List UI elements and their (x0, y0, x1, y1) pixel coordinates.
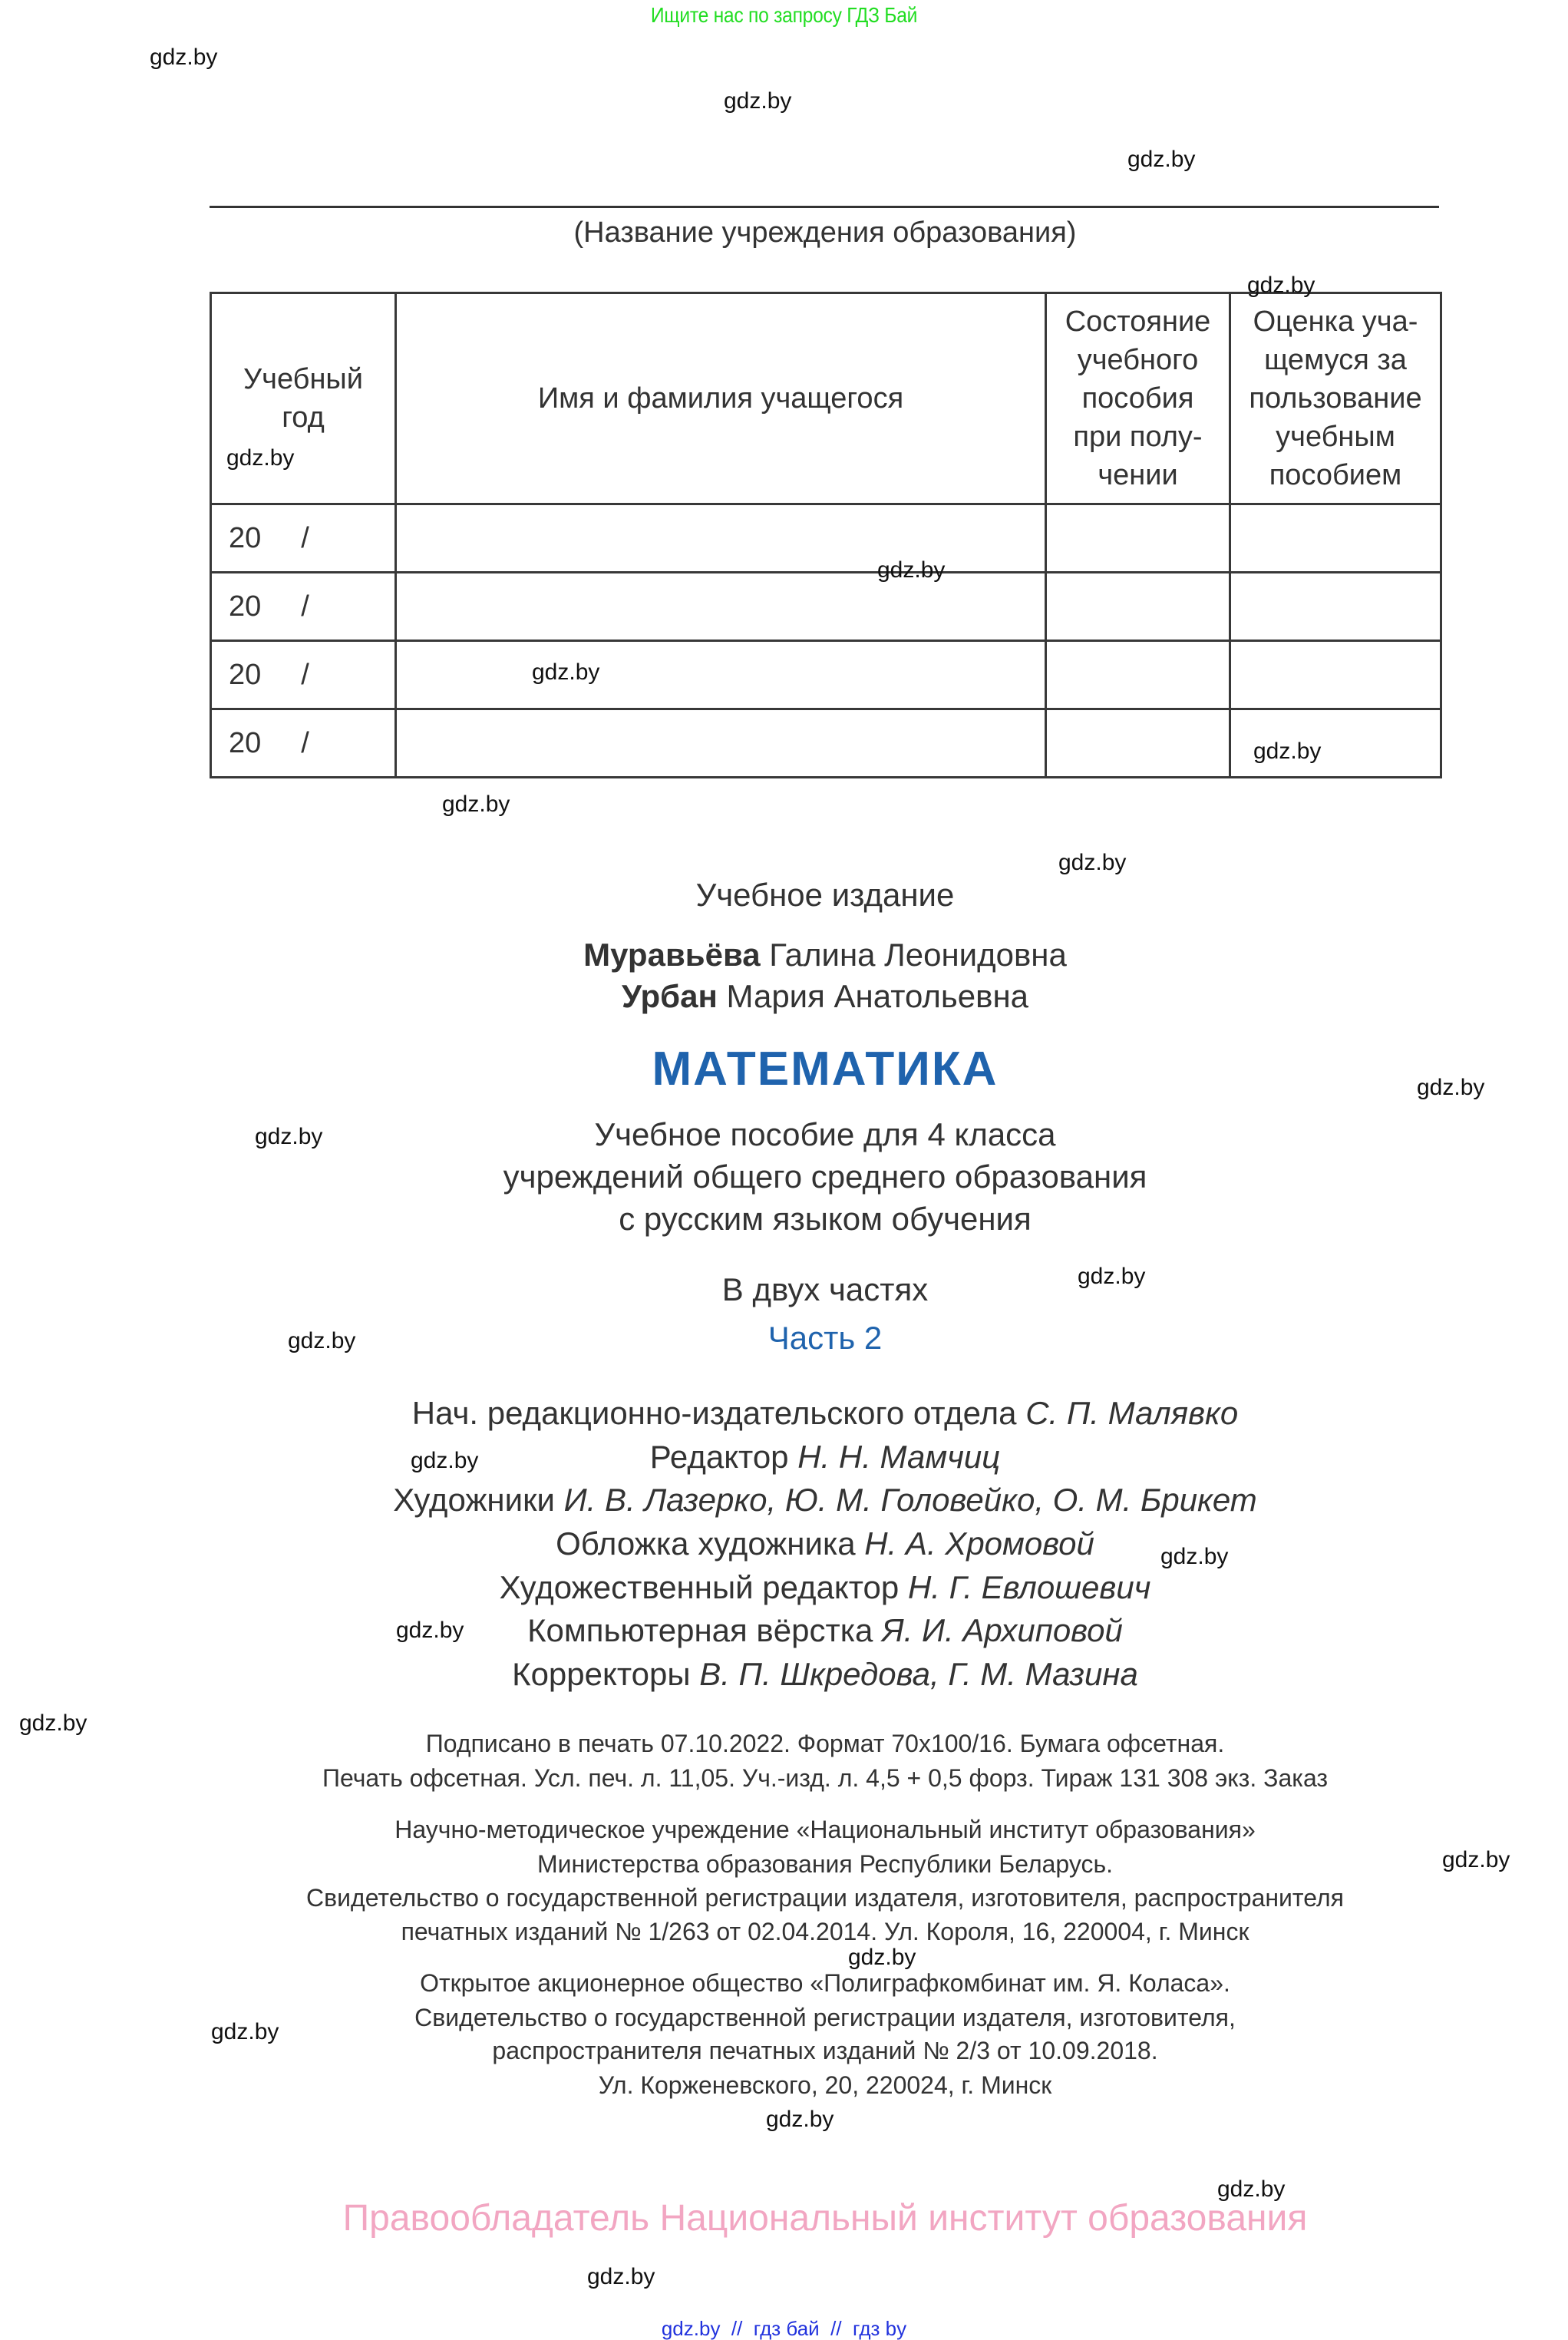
cell-student-name[interactable] (396, 504, 1046, 573)
header-grade: Оценка уча- щемуся за пользование учебны… (1230, 293, 1441, 504)
watermark: gdz.by (724, 88, 791, 114)
subtitle-line-3: с русским языком обучения (211, 1201, 1439, 1238)
staff-line: Художники И. В. Лазерко, Ю. М. Головейко… (211, 1482, 1439, 1519)
printer-line-3: распространителя печатных изданий № 2/3 … (211, 2037, 1439, 2065)
printer-line-4: Ул. Корженевского, 20, 220024, г. Минск (211, 2071, 1439, 2100)
header-school-year: Учебный год (211, 293, 396, 504)
institution-caption: (Название учреждения образования) (211, 216, 1439, 250)
subtitle-line-2: учреждений общего среднего образования (211, 1158, 1439, 1195)
cell-condition[interactable] (1046, 573, 1230, 641)
watermark: gdz.by (877, 557, 945, 583)
watermark: gdz.by (766, 2107, 834, 2133)
watermark: gdz.by (255, 1124, 322, 1150)
watermark: gdz.by (19, 1710, 87, 1737)
cell-grade[interactable] (1230, 641, 1441, 709)
publisher-line-3: Свидетельство о государственной регистра… (211, 1884, 1439, 1912)
printer-line-1: Открытое акционерное общество «Полиграфк… (211, 1969, 1439, 1998)
imprint-line-2: Печать офсетная. Усл. печ. л. 11,05. Уч.… (211, 1764, 1439, 1793)
table-header-row: Учебный год Имя и фамилия учащегося Сост… (211, 293, 1441, 504)
watermark: gdz.by (396, 1618, 464, 1644)
cell-grade[interactable] (1230, 573, 1441, 641)
parts-note: В двух частях (211, 1271, 1439, 1308)
watermark: gdz.by (587, 2264, 655, 2290)
edition-type: Учебное издание (211, 877, 1439, 914)
watermark: gdz.by (411, 1448, 478, 1474)
cell-condition[interactable] (1046, 504, 1230, 573)
rights-holder: Правообладатель Национальный институт об… (211, 2197, 1439, 2239)
staff-line: Корректоры В. П. Шкредова, Г. М. Мазина (211, 1656, 1439, 1693)
author-2: Урбан Мария Анатольевна (211, 978, 1439, 1015)
printer-line-2: Свидетельство о государственной регистра… (211, 2004, 1439, 2032)
staff-line: Нач. редакционно-издательского отдела С.… (211, 1395, 1439, 1432)
part-number: Часть 2 (211, 1320, 1439, 1357)
watermark: gdz.by (1247, 273, 1315, 299)
table-row: 20/ (211, 504, 1441, 573)
cell-school-year[interactable]: 20/ (211, 504, 396, 573)
publisher-line-4: печатных изданий № 1/263 от 02.04.2014. … (211, 1918, 1439, 1946)
staff-line: Обложка художника Н. А. Хромовой (211, 1525, 1439, 1562)
cell-student-name[interactable] (396, 573, 1046, 641)
watermark: gdz.by (1442, 1847, 1510, 1873)
watermark: gdz.by (1160, 1544, 1228, 1570)
watermark: gdz.by (1417, 1075, 1484, 1101)
cell-condition[interactable] (1046, 709, 1230, 778)
footer-links[interactable]: gdz.by // гдз бай // гдз by (0, 2317, 1568, 2340)
publisher-line-1: Научно-методическое учреждение «Национал… (211, 1816, 1439, 1844)
staff-line: Компьютерная вёрстка Я. И. Архиповой (211, 1612, 1439, 1649)
watermark: gdz.by (226, 445, 294, 471)
publisher-line-2: Министерства образования Республики Бела… (211, 1850, 1439, 1879)
cell-student-name[interactable] (396, 641, 1046, 709)
institution-name-line (210, 206, 1439, 208)
staff-line: Художественный редактор Н. Г. Евлошевич (211, 1569, 1439, 1606)
textbook-register-table: Учебный год Имя и фамилия учащегося Сост… (210, 292, 1442, 778)
imprint-line-1: Подписано в печать 07.10.2022. Формат 70… (211, 1730, 1439, 1758)
header-condition: Состояние учебного пособия при полу- чен… (1046, 293, 1230, 504)
cell-condition[interactable] (1046, 641, 1230, 709)
watermark: gdz.by (1058, 850, 1126, 876)
watermark: gdz.by (848, 1945, 916, 1971)
cell-grade[interactable] (1230, 504, 1441, 573)
watermark: gdz.by (1078, 1264, 1145, 1290)
table-row: 20/ (211, 573, 1441, 641)
cell-school-year[interactable]: 20/ (211, 573, 396, 641)
watermark: gdz.by (211, 2019, 279, 2045)
watermark: gdz.by (1127, 147, 1195, 173)
staff-line: Редактор Н. Н. Мамчиц (211, 1439, 1439, 1476)
watermark: gdz.by (532, 659, 599, 686)
cell-school-year[interactable]: 20/ (211, 709, 396, 778)
watermark: gdz.by (288, 1328, 355, 1354)
cell-school-year[interactable]: 20/ (211, 641, 396, 709)
watermark: gdz.by (442, 792, 510, 818)
watermark: gdz.by (1253, 739, 1321, 765)
header-student-name: Имя и фамилия учащегося (396, 293, 1046, 504)
cell-student-name[interactable] (396, 709, 1046, 778)
subtitle-line-1: Учебное пособие для 4 класса (211, 1116, 1439, 1153)
watermark: gdz.by (150, 45, 217, 71)
search-banner: Ищите нас по запросу ГДЗ Бай (94, 3, 1474, 28)
author-1: Муравьёва Галина Леонидовна (211, 937, 1439, 973)
table-row: 20/ (211, 641, 1441, 709)
watermark: gdz.by (1217, 2176, 1285, 2203)
book-title: МАТЕМАТИКА (211, 1042, 1439, 1096)
